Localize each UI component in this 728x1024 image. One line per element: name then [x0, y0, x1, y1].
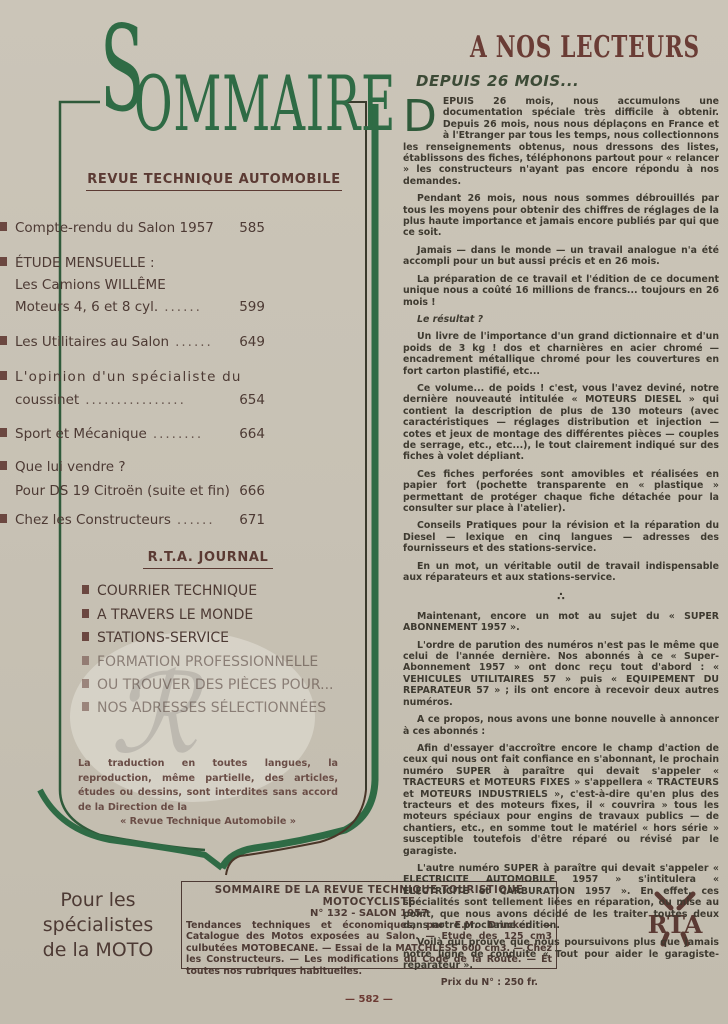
- journal-item-label: FORMATION PROFESSIONNELLE: [97, 654, 318, 670]
- toc-item-page: 585: [239, 219, 265, 237]
- article-paragraph: Pendant 26 mois, nous nous sommes débrou…: [403, 193, 719, 239]
- journal-item-label: A TRAVERS LE MONDE: [97, 607, 253, 623]
- bullet-square-icon: [82, 609, 89, 618]
- section-heading-journal: R.T.A. JOURNAL: [143, 550, 273, 569]
- article-paragraph: En un mot, un véritable outil de travail…: [403, 561, 719, 584]
- article-body: DEPUIS 26 mois, nous accumulons une docu…: [403, 96, 719, 978]
- bullet-square-icon: [82, 585, 89, 594]
- journal-item[interactable]: A TRAVERS LE MONDE: [82, 607, 253, 623]
- section-heading-rta: REVUE TECHNIQUE AUTOMOBILE: [86, 172, 342, 191]
- toc-item-subtitle: coussinet: [15, 392, 79, 408]
- article-paragraph: Ce volume... de poids ! c'est, vous l'av…: [403, 383, 719, 463]
- article-paragraph: Conseils Pratiques pour la révision et l…: [403, 520, 719, 554]
- toc-item-page: 671: [239, 511, 265, 529]
- copyright-notice-source: « Revue Technique Automobile »: [78, 815, 338, 830]
- journal-item-label: NOS ADRESSES SÉLECTIONNÉES: [97, 700, 326, 716]
- copyright-notice-text: La traduction en toutes langues, la repr…: [78, 758, 338, 813]
- journal-item[interactable]: COURRIER TECHNIQUE: [82, 583, 257, 599]
- drop-cap: D: [403, 97, 437, 137]
- toc-item[interactable]: Les Utilitaires au Salon......649: [0, 333, 265, 355]
- article-paragraph: Voilà qui prouve que nous poursuivons pl…: [403, 937, 719, 971]
- bullet-square-icon: [0, 514, 7, 523]
- journal-item[interactable]: FORMATION PROFESSIONNELLE: [82, 654, 318, 670]
- toc-item[interactable]: Que lui vendre ? Pour DS 19 Citroën (sui…: [0, 458, 265, 504]
- toc-item[interactable]: ÉTUDE MENSUELLE : Les Camions WILLÊME Mo…: [0, 254, 265, 320]
- toc-item[interactable]: L'opinion d'un spécialiste du coussinet.…: [0, 368, 265, 413]
- article-paragraph: Maintenant, encore un mot au sujet du « …: [403, 611, 719, 634]
- article-paragraph: Jamais — dans le monde — un travail anal…: [403, 245, 719, 268]
- bullet-square-icon: [0, 428, 7, 437]
- toc-item-title: Compte-rendu du Salon 1957: [15, 220, 214, 236]
- article-paragraph: A ce propos, nous avons une bonne nouvel…: [403, 714, 719, 737]
- toc-item-page: 649: [239, 333, 265, 351]
- article-paragraph: DEPUIS 26 mois, nous accumulons une docu…: [403, 96, 719, 187]
- toc-item-title: Sport et Mécanique: [15, 426, 147, 442]
- article-paragraph: Ces fiches perforées sont amovibles et r…: [403, 469, 719, 515]
- article-paragraph: Afin d'essayer d'accroître encore le cha…: [403, 743, 719, 857]
- bullet-square-icon: [0, 222, 7, 231]
- article-subtitle: DEPUIS 26 MOIS...: [416, 72, 579, 90]
- toc-item[interactable]: Compte-rendu du Salon 1957585: [0, 219, 265, 241]
- dot-leader: ......: [175, 334, 213, 350]
- toc-item-page: 666: [239, 482, 265, 500]
- toc-item-title: ÉTUDE MENSUELLE :: [15, 255, 155, 271]
- bullet-square-icon: [0, 257, 7, 266]
- toc-item-subtitle: Les Camions WILLÊME: [15, 277, 166, 293]
- toc-item[interactable]: Sport et Mécanique........664: [0, 425, 265, 447]
- toc-item[interactable]: Chez les Constructeurs......671: [0, 511, 265, 533]
- moto-box-price: Prix du N° : 250 fr.: [186, 977, 552, 989]
- article-paragraph: Un livre de l'importance d'un grand dict…: [403, 331, 719, 377]
- dot-leader: ................: [85, 392, 186, 408]
- journal-item-label: COURRIER TECHNIQUE: [97, 583, 257, 599]
- journal-item[interactable]: STATIONS-SERVICE: [82, 630, 229, 646]
- copyright-notice: La traduction en toutes langues, la repr…: [78, 757, 338, 830]
- bullet-square-icon: [82, 632, 89, 641]
- toc-item-title: L'opinion d'un spécialiste du: [15, 369, 242, 385]
- bullet-square-icon: [0, 461, 7, 470]
- moto-caption-line: spécialistes: [28, 913, 168, 938]
- page-number: — 582 —: [345, 994, 393, 1005]
- sommaire-title: S OMMAIRE: [100, 10, 340, 140]
- article-paragraph: La préparation de ce travail et l'éditio…: [403, 274, 719, 308]
- article-title: A NOS LECTEURS: [470, 30, 700, 65]
- sommaire-rest: OMMAIRE: [134, 66, 396, 142]
- article-paragraph: L'ordre de parution des numéros n'est pa…: [403, 640, 719, 708]
- article-paragraph: Le résultat ?: [403, 314, 719, 325]
- bullet-square-icon: [82, 679, 89, 688]
- article-paragraph: L'autre numéro SUPER à paraître qui deva…: [403, 863, 719, 931]
- toc-item-title: Chez les Constructeurs: [15, 512, 171, 528]
- journal-item[interactable]: NOS ADRESSES SÉLECTIONNÉES: [82, 700, 326, 716]
- dot-leader: ......: [177, 512, 215, 528]
- bullet-square-icon: [82, 702, 89, 711]
- moto-caption-line: Pour les: [28, 888, 168, 913]
- bullet-square-icon: [0, 336, 7, 345]
- dot-leader: ........: [153, 426, 203, 442]
- toc-item-title: Les Utilitaires au Salon: [15, 334, 169, 350]
- section-separator: ∴: [403, 591, 719, 602]
- dot-leader: ......: [164, 299, 202, 315]
- magazine-page: S OMMAIRE REVUE TECHNIQUE AUTOMOBILE Com…: [0, 0, 728, 1024]
- paragraph-text: EPUIS 26 mois, nous accumulons une docum…: [403, 96, 719, 187]
- bullet-square-icon: [0, 371, 7, 380]
- toc-item-subtitle: Moteurs 4, 6 et 8 cyl.: [15, 299, 158, 315]
- journal-item-label: STATIONS-SERVICE: [97, 630, 229, 646]
- toc-item-page: 654: [239, 391, 265, 409]
- toc-item-page: 599: [239, 298, 265, 316]
- journal-item-label: OU TROUVER DES PIÈCES POUR...: [97, 677, 334, 693]
- toc-item-subtitle: Pour DS 19 Citroën (suite et fin): [15, 483, 230, 499]
- bullet-square-icon: [82, 656, 89, 665]
- journal-item[interactable]: OU TROUVER DES PIÈCES POUR...: [82, 677, 334, 693]
- toc-item-title: Que lui vendre ?: [15, 459, 126, 475]
- toc-item-page: 664: [239, 425, 265, 443]
- moto-caption: Pour les spécialistes de la MOTO: [28, 888, 168, 963]
- moto-caption-line: de la MOTO: [28, 938, 168, 963]
